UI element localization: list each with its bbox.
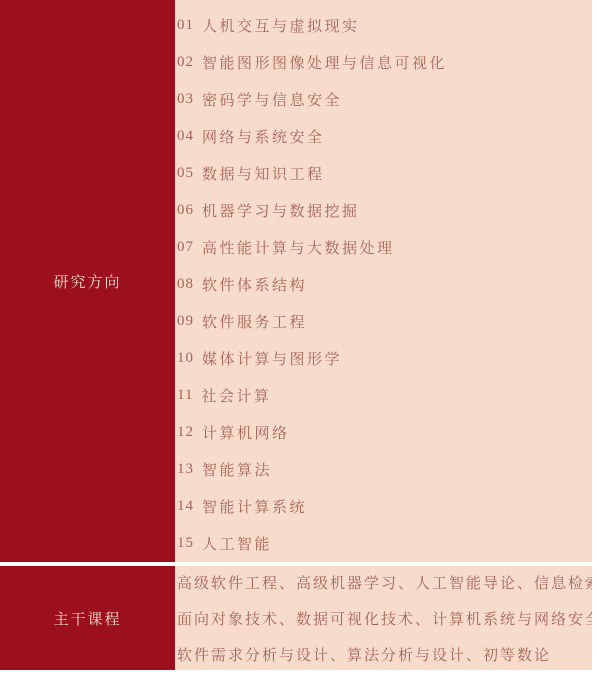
direction-item-number: 01	[177, 17, 194, 34]
main-courses-content-cell: 高级软件工程、高级机器学习、人工智能导论、信息检索、面向对象技术、数据可视化技术…	[175, 566, 592, 670]
research-directions-list: 01人机交互与虚拟现实02智能图形图像处理与信息可视化03密码学与信息安全04网…	[175, 0, 592, 562]
direction-item: 10媒体计算与图形学	[177, 340, 592, 377]
main-courses-row: 主干课程 高级软件工程、高级机器学习、人工智能导论、信息检索、面向对象技术、数据…	[0, 566, 592, 670]
direction-item: 02智能图形图像处理与信息可视化	[177, 44, 592, 81]
direction-item-text: 数据与知识工程	[202, 163, 325, 184]
direction-item: 04网络与系统安全	[177, 118, 592, 155]
direction-item-number: 13	[177, 461, 194, 478]
research-directions-label: 研究方向	[53, 271, 121, 292]
direction-item-text: 社会计算	[201, 385, 271, 406]
direction-item-text: 网络与系统安全	[202, 126, 325, 147]
research-directions-header-cell: 研究方向	[0, 0, 175, 562]
direction-item: 11社会计算	[177, 377, 592, 414]
direction-item-number: 14	[177, 498, 194, 515]
research-directions-row: 研究方向 01人机交互与虚拟现实02智能图形图像处理与信息可视化03密码学与信息…	[0, 0, 592, 562]
direction-item: 01人机交互与虚拟现实	[177, 7, 592, 44]
main-courses-label: 主干课程	[53, 608, 121, 629]
direction-item: 13智能算法	[177, 451, 592, 488]
direction-item-text: 软件体系结构	[202, 274, 307, 295]
direction-item-number: 15	[177, 535, 194, 552]
direction-item-number: 09	[177, 313, 194, 330]
course-line: 高级软件工程、高级机器学习、人工智能导论、信息检索、	[177, 566, 592, 602]
direction-item-number: 12	[177, 424, 194, 441]
direction-item: 09软件服务工程	[177, 303, 592, 340]
program-info-table: 研究方向 01人机交互与虚拟现实02智能图形图像处理与信息可视化03密码学与信息…	[0, 0, 592, 670]
direction-item: 12计算机网络	[177, 414, 592, 451]
direction-item-text: 软件服务工程	[202, 311, 307, 332]
research-directions-content-cell: 01人机交互与虚拟现实02智能图形图像处理与信息可视化03密码学与信息安全04网…	[175, 0, 592, 562]
direction-item: 15人工智能	[177, 525, 592, 562]
direction-item-text: 智能图形图像处理与信息可视化	[202, 52, 447, 73]
direction-item: 07高性能计算与大数据处理	[177, 229, 592, 266]
course-line: 软件需求分析与设计、算法分析与设计、初等数论	[177, 638, 592, 670]
direction-item: 03密码学与信息安全	[177, 81, 592, 118]
main-courses-header-cell: 主干课程	[0, 566, 175, 670]
direction-item-text: 人机交互与虚拟现实	[202, 15, 360, 36]
direction-item-text: 智能计算系统	[202, 496, 307, 517]
course-line: 面向对象技术、数据可视化技术、计算机系统与网络安全、	[177, 602, 592, 638]
direction-item: 08软件体系结构	[177, 266, 592, 303]
direction-item: 05数据与知识工程	[177, 155, 592, 192]
direction-item-number: 03	[177, 91, 194, 108]
direction-item-number: 11	[177, 387, 193, 404]
direction-item-text: 机器学习与数据挖掘	[202, 200, 360, 221]
direction-item-text: 计算机网络	[202, 422, 290, 443]
direction-item-number: 07	[177, 239, 194, 256]
direction-item-text: 人工智能	[202, 533, 272, 554]
direction-item-text: 媒体计算与图形学	[202, 348, 342, 369]
direction-item-number: 06	[177, 202, 194, 219]
direction-item-number: 10	[177, 350, 194, 367]
direction-item: 14智能计算系统	[177, 488, 592, 525]
main-courses-text: 高级软件工程、高级机器学习、人工智能导论、信息检索、面向对象技术、数据可视化技术…	[175, 566, 592, 670]
direction-item-number: 02	[177, 54, 194, 71]
direction-item-text: 密码学与信息安全	[202, 89, 342, 110]
direction-item-number: 04	[177, 128, 194, 145]
direction-item-text: 智能算法	[202, 459, 272, 480]
direction-item-number: 08	[177, 276, 194, 293]
direction-item-text: 高性能计算与大数据处理	[202, 237, 395, 258]
direction-item: 06机器学习与数据挖掘	[177, 192, 592, 229]
direction-item-number: 05	[177, 165, 194, 182]
